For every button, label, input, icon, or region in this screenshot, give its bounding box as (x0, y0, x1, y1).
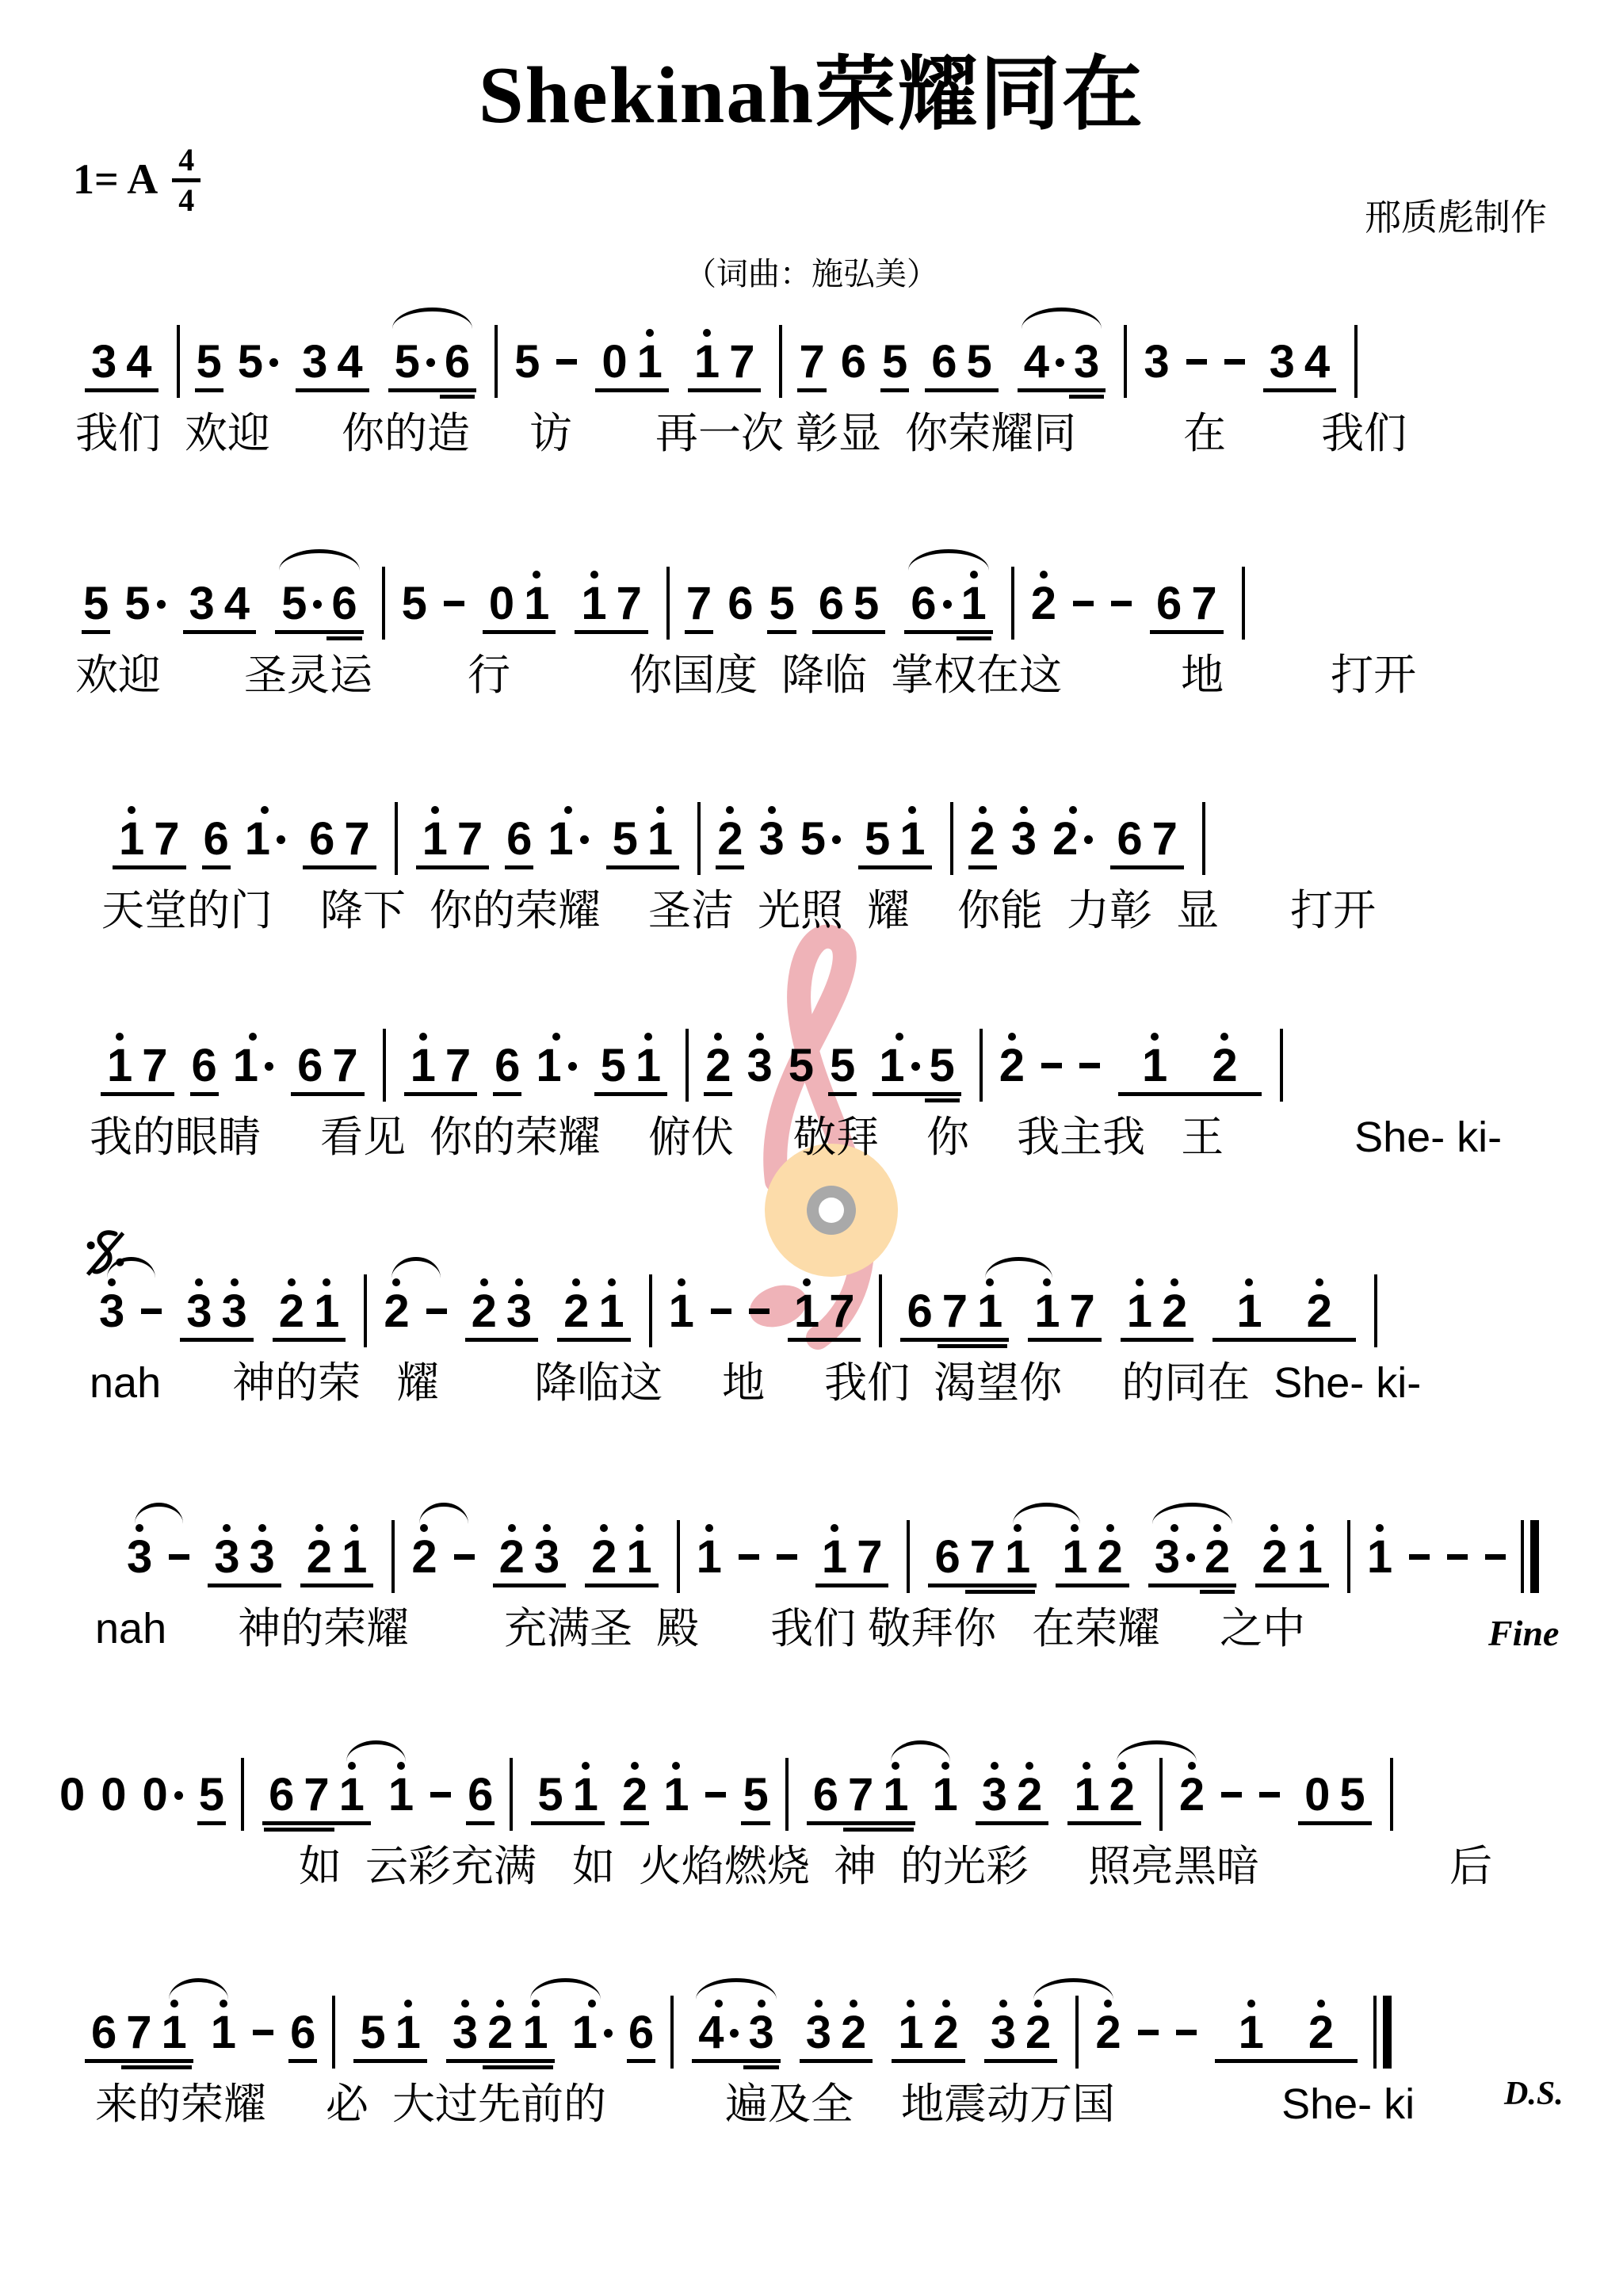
note-digit: 1 (233, 1043, 258, 1089)
note: 1 (245, 804, 285, 862)
note: 1 (637, 327, 663, 385)
note: 5 (395, 327, 435, 385)
barline (1354, 325, 1358, 398)
note: 4 (1304, 327, 1330, 385)
note-digit: 1 (647, 816, 673, 862)
beam-group: 32 (983, 1997, 1059, 2056)
barline (779, 325, 782, 398)
note-main: 4 (1024, 339, 1064, 385)
note-digit: 2 (487, 2010, 513, 2056)
note-digit: 2 (934, 2010, 959, 2056)
beam-line (688, 388, 762, 392)
note-digit: 2 (1025, 2010, 1051, 2056)
dash (777, 1554, 797, 1560)
beam-group: 51 (857, 804, 933, 862)
note: 2 (384, 1276, 409, 1335)
beam-group: 67 (302, 804, 377, 862)
note-digit: 6 (269, 1772, 294, 1818)
note-digit: 3 (99, 1289, 124, 1335)
note: 1 (548, 804, 588, 862)
note-digit: 1 (626, 1534, 651, 1580)
beam-group: 12 (1117, 1030, 1262, 1089)
underline-2 (843, 1828, 878, 1832)
note: 1 (119, 804, 144, 862)
score-line: 553456501177656561267欢迎 圣灵运 行 你国度 降临 掌权在… (0, 567, 1623, 700)
score-line: 0005671165121567113212205如 云彩充满 如 火焰燃烧 神… (0, 1758, 1623, 1891)
beam-group: 17 (112, 804, 187, 862)
note-main: 7 (154, 816, 179, 862)
note: 7 (729, 327, 754, 385)
beam-line (928, 1584, 1037, 1587)
note-digit: 5 (1339, 1772, 1365, 1818)
beam-group: 33 (179, 1276, 254, 1335)
score-line: 33321223211176711232211nah 神的荣耀 充满圣 殿 我们… (0, 1520, 1623, 1653)
barline (241, 1758, 244, 1831)
beam-line (1028, 1338, 1102, 1342)
note: 1 (1127, 1276, 1152, 1335)
beam-line (904, 630, 993, 634)
note-main: 6 (506, 816, 532, 862)
beam-group: 15 (872, 1030, 962, 1089)
barline (364, 1274, 367, 1347)
underline (621, 1821, 649, 1825)
note-main: 3 (1144, 339, 1169, 385)
note: 4 (337, 327, 362, 385)
beam-group: 23 (492, 1522, 567, 1580)
note: 6 (445, 327, 470, 385)
barline (980, 1029, 983, 1102)
note: 3 (1144, 327, 1169, 385)
beam-line (291, 1092, 365, 1096)
underline (82, 630, 110, 634)
lyrics-line: 我的眼睛 看见 你的荣耀 俯伏 敬拜 你 我主我 王 She- ki- (0, 1113, 1623, 1162)
note-main: 4 (337, 339, 362, 385)
final-barline (1373, 1996, 1392, 2069)
note-main: 7 (729, 339, 754, 385)
note-main: 4 (698, 2010, 739, 2056)
beam-line (1056, 1584, 1129, 1587)
beam-group: 34 (84, 327, 159, 385)
note-row: 1761671761512355123267 (0, 802, 1623, 862)
augmentation-dot (568, 1062, 577, 1071)
note: 7 (142, 1030, 167, 1089)
note-main: 1 (1062, 1534, 1087, 1580)
note: 3 (1155, 1522, 1195, 1580)
note-digit: 1 (636, 1043, 661, 1089)
note-main: 6 (931, 339, 957, 385)
beam-line (465, 1338, 539, 1342)
note: 2 (1095, 1997, 1121, 2056)
barline (950, 802, 953, 875)
note: 6 (911, 568, 951, 627)
note: 1 (899, 804, 925, 862)
note-main: 4 (126, 339, 151, 385)
lyrics-line: nah 神的荣 耀 降临这 地 我们 渴望你 的同在 She- ki- (0, 1358, 1623, 1408)
note: 1 (1236, 1276, 1262, 1335)
note-digit: 6 (468, 1772, 493, 1818)
tie-arc (169, 1978, 228, 2000)
underline (704, 1092, 732, 1096)
note-main: 5 (199, 1772, 224, 1818)
note-digit: 6 (907, 1289, 932, 1335)
note: 3 (748, 1997, 773, 2056)
note-digit: 5 (402, 581, 427, 627)
beam-group: 67 (1109, 804, 1185, 862)
note-digit: 1 (697, 1534, 722, 1580)
composer-credit: （词曲：施弘美） (0, 249, 1623, 294)
dash (1073, 601, 1094, 606)
note: 5 (865, 804, 890, 862)
beam-line (1298, 1821, 1372, 1825)
note: 3 (302, 327, 327, 385)
note-row: 176167176151235515212 (0, 1029, 1623, 1089)
tie-arc (891, 1740, 950, 1762)
note-digit: 2 (999, 1043, 1025, 1089)
beam-line (606, 865, 680, 869)
note-digit: 1 (637, 339, 663, 385)
note-digit: 0 (101, 1772, 126, 1818)
barline (177, 325, 180, 398)
beam-line (807, 1821, 915, 1825)
note-digit: 6 (813, 1772, 838, 1818)
barline (383, 1029, 386, 1102)
note-row: 3332122321117671171212 (0, 1274, 1623, 1335)
note-main: 1 (422, 816, 448, 862)
note: 6 (91, 1997, 116, 2056)
note-main: 5 (865, 816, 890, 862)
augmentation-dot (1186, 1553, 1195, 1562)
underline-2 (1200, 1590, 1235, 1594)
note: 1 (522, 1997, 548, 2056)
augmentation-dot (174, 1791, 183, 1800)
note-digit: 6 (506, 816, 532, 862)
barline (495, 325, 498, 398)
beam-line (113, 865, 186, 869)
note: 5 (854, 568, 879, 627)
note: 6 (813, 1759, 838, 1818)
note-main: 1 (697, 1534, 722, 1580)
beam-line (85, 388, 158, 392)
note-digit: 3 (806, 2010, 831, 2056)
note-main: 1 (548, 816, 588, 862)
note: 5 (930, 1030, 955, 1089)
beam-line (900, 1338, 1009, 1342)
note-main: 0 (101, 1772, 126, 1818)
note-digit: 5 (395, 339, 420, 385)
note: 6 (934, 1522, 960, 1580)
note-digit: 2 (1052, 816, 1078, 862)
barline (510, 1758, 513, 1831)
dash (1186, 359, 1207, 365)
note: 7 (686, 568, 712, 627)
note: 5 (882, 327, 907, 385)
note: 3 (1270, 327, 1295, 385)
barline (1347, 1520, 1350, 1593)
note: 1 (107, 1030, 132, 1089)
note-digit: 3 (1270, 339, 1295, 385)
beam-line (208, 1584, 281, 1587)
meter-denominator: 4 (172, 185, 200, 216)
note-digit: 3 (214, 1534, 239, 1580)
beam-group: 51 (594, 1030, 669, 1089)
note-main: 5 (360, 2010, 385, 2056)
beam-group: 12 (1067, 1759, 1142, 1818)
note: 1 (573, 1759, 598, 1818)
note-main: 7 (942, 1289, 968, 1335)
note: 1 (536, 1030, 576, 1089)
note-digit: 3 (453, 2010, 478, 2056)
barline (1390, 1758, 1393, 1831)
note-digit: 2 (705, 1043, 731, 1089)
note: 6 (506, 804, 532, 862)
note-row: 67116513211643321232212 (0, 1996, 1623, 2056)
underline (685, 630, 713, 634)
note-digit: 2 (622, 1772, 647, 1818)
beam-line (262, 1821, 371, 1825)
note: 1 (822, 1522, 847, 1580)
barline (1242, 567, 1245, 640)
barline (1280, 1029, 1283, 1102)
note-main: 7 (445, 1043, 471, 1089)
note: 5 (613, 804, 638, 862)
beam-line (275, 630, 364, 634)
note-main: 1 (898, 2010, 923, 2056)
beam-group: 321 (445, 1997, 556, 2056)
note: 2 (999, 1030, 1025, 1089)
underline-2 (483, 2065, 517, 2069)
barline (670, 1996, 674, 2069)
note: 2 (307, 1522, 332, 1580)
note-digit: 2 (1262, 1534, 1287, 1580)
note-digit: 5 (743, 1772, 768, 1818)
fine-label: Fine (1488, 1612, 1559, 1654)
note-main: 7 (857, 1534, 882, 1580)
note-main: 7 (848, 1772, 873, 1818)
beam-line (404, 1092, 478, 1096)
note-digit: 5 (789, 1043, 814, 1089)
note-digit: 0 (489, 581, 514, 627)
note-digit: 1 (1297, 1534, 1323, 1580)
underline-2 (972, 1344, 1007, 1348)
song-title: Shekinah荣耀同在 (0, 30, 1623, 146)
note-digit: 1 (933, 1772, 958, 1818)
beam-group: 01 (594, 327, 670, 385)
note-digit: 3 (1155, 1534, 1180, 1580)
note: 5 (199, 1759, 224, 1818)
beam-group: 12 (891, 1997, 966, 2056)
note: 2 (1052, 804, 1093, 862)
note: 7 (332, 1030, 357, 1089)
dash (253, 2030, 273, 2035)
beam-line (483, 630, 556, 634)
beam-line (595, 388, 669, 392)
score-line: 34553456501177656543334我们 欢迎 你的造 访 再一次 彰… (0, 325, 1623, 458)
note: 6 (192, 1030, 217, 1089)
beam-line (575, 630, 648, 634)
underline-2 (878, 1828, 913, 1832)
tie-arc (391, 1257, 441, 1278)
beam-group: 67 (290, 1030, 365, 1089)
final-bar-thick (1530, 1520, 1539, 1593)
note-main: 3 (747, 1043, 772, 1089)
note-main: 0 (489, 581, 514, 627)
note-digit: 6 (841, 339, 866, 385)
augmentation-dot (911, 1062, 920, 1071)
beam-group: 51 (353, 1997, 428, 2056)
note-digit: 3 (127, 1534, 152, 1580)
note-main: 1 (573, 1772, 598, 1818)
note: 2 (1307, 1276, 1332, 1335)
note: 5 (769, 568, 794, 627)
beam-line (1110, 865, 1184, 869)
note: 1 (211, 1997, 236, 2056)
note-main: 5 (613, 816, 638, 862)
note-main: 5 (124, 581, 165, 627)
note: 3 (758, 804, 784, 862)
beam-group: 51 (605, 804, 681, 862)
note: 2 (1179, 1759, 1205, 1818)
dash (1409, 1554, 1430, 1560)
augmentation-dot (269, 358, 278, 367)
note-digit: 1 (694, 339, 720, 385)
beam-line (815, 1584, 889, 1587)
note-digit: 1 (1236, 1289, 1262, 1335)
note: 1 (388, 1759, 414, 1818)
note-main: 5 (402, 581, 427, 627)
arranger-credit: 邢质彪制作 (1365, 189, 1547, 241)
note-digit: 7 (829, 1289, 854, 1335)
beam-line (1215, 2059, 1358, 2063)
beam-group: 61 (903, 568, 994, 627)
note-main: 1 (1236, 1289, 1262, 1335)
note: 3 (506, 1276, 532, 1335)
note-row: 33321223211176711232211 (0, 1520, 1623, 1580)
beam-group: 17 (687, 327, 762, 385)
note-digit: 1 (1005, 1534, 1030, 1580)
note-digit: 2 (563, 1289, 589, 1335)
final-barline (1521, 1520, 1539, 1593)
note-main: 5 (967, 339, 992, 385)
note-digit: 7 (857, 1534, 882, 1580)
note: 2 (1098, 1522, 1123, 1580)
note-main: 7 (686, 581, 712, 627)
beam-line (1150, 630, 1224, 634)
note: 6 (931, 327, 957, 385)
note-main: 2 (1262, 1534, 1287, 1580)
note-main: 1 (388, 1772, 414, 1818)
note-main: 6 (468, 1772, 493, 1818)
note: 1 (314, 1276, 339, 1335)
note: 5 (800, 804, 841, 862)
note-main: 0 (1304, 1772, 1330, 1818)
note-digit: 2 (499, 1534, 525, 1580)
note: 1 (933, 1759, 958, 1818)
dash (1259, 1792, 1280, 1797)
note: 4 (698, 1997, 739, 2056)
barline (666, 567, 670, 640)
note-main: 1 (1034, 1289, 1060, 1335)
note-digit: 7 (848, 1772, 873, 1818)
note-main: 7 (1191, 581, 1216, 627)
beam-group: 32 (975, 1759, 1050, 1818)
score-line: 1761671761512355123267天堂的门 降下 你的荣耀 圣洁 光照… (0, 802, 1623, 935)
beam-group: 01 (482, 568, 557, 627)
note-main: 6 (1117, 816, 1142, 862)
note-digit: 5 (601, 1043, 626, 1089)
beam-group: 671 (806, 1759, 916, 1818)
note: 1 (669, 1276, 694, 1335)
note-digit: 4 (698, 2010, 724, 2056)
note: 7 (848, 1759, 873, 1818)
note-digit: 6 (934, 1534, 960, 1580)
note-main: 1 (663, 1772, 689, 1818)
beam-group: 34 (295, 327, 370, 385)
note-main: 2 (1179, 1772, 1205, 1818)
beam-group: 23 (464, 1276, 540, 1335)
dash (1221, 1792, 1242, 1797)
tie-arc (1117, 1740, 1197, 1762)
note: 6 (819, 568, 844, 627)
note: 2 (279, 1276, 304, 1335)
note: 7 (857, 1522, 882, 1580)
note: 3 (186, 1276, 212, 1335)
note-digit: 5 (83, 581, 109, 627)
note: 5 (830, 1030, 855, 1089)
note: 1 (879, 1030, 919, 1089)
note-main: 1 (314, 1289, 339, 1335)
note-main: 5 (789, 1043, 814, 1089)
note-digit: 1 (898, 2010, 923, 2056)
note: 1 (342, 1522, 367, 1580)
note-digit: 5 (124, 581, 150, 627)
note-digit: 7 (445, 1043, 471, 1089)
augmentation-dot (730, 2029, 739, 2038)
underline-2 (965, 1590, 1000, 1594)
note-digit: 1 (342, 1534, 367, 1580)
rest-note: 0 (143, 1759, 183, 1818)
note-digit: 3 (991, 2010, 1016, 2056)
note-digit: 4 (1304, 339, 1330, 385)
note-main: 2 (411, 1534, 437, 1580)
note: 2 (1205, 1522, 1230, 1580)
note: 2 (1212, 1030, 1237, 1089)
note-digit: 1 (245, 816, 270, 862)
note-main: 1 (524, 581, 549, 627)
note-digit: 5 (854, 581, 879, 627)
barline (677, 1520, 680, 1593)
note: 7 (1191, 568, 1216, 627)
lyrics-line: nah 神的荣耀 充满圣 殿 我们 敬拜你 在荣耀 之中 (0, 1604, 1623, 1653)
underline (880, 388, 909, 392)
note-main: 3 (453, 2010, 478, 2056)
note-digit: 0 (143, 1772, 168, 1818)
underline (716, 865, 744, 869)
note-main: 1 (211, 2010, 236, 2056)
note-digit: 1 (598, 1289, 624, 1335)
dash (705, 1792, 726, 1797)
note-digit: 5 (882, 339, 907, 385)
rest-note: 0 (101, 1759, 126, 1818)
note-main: 7 (332, 1043, 357, 1089)
underline-2 (1000, 1590, 1035, 1594)
note-main: 3 (91, 339, 116, 385)
note: 6 (297, 1030, 323, 1089)
underline (828, 1092, 857, 1096)
note-digit: 1 (899, 816, 925, 862)
beam-line (1121, 1338, 1194, 1342)
note-digit: 2 (591, 1534, 617, 1580)
note-main: 7 (344, 816, 369, 862)
